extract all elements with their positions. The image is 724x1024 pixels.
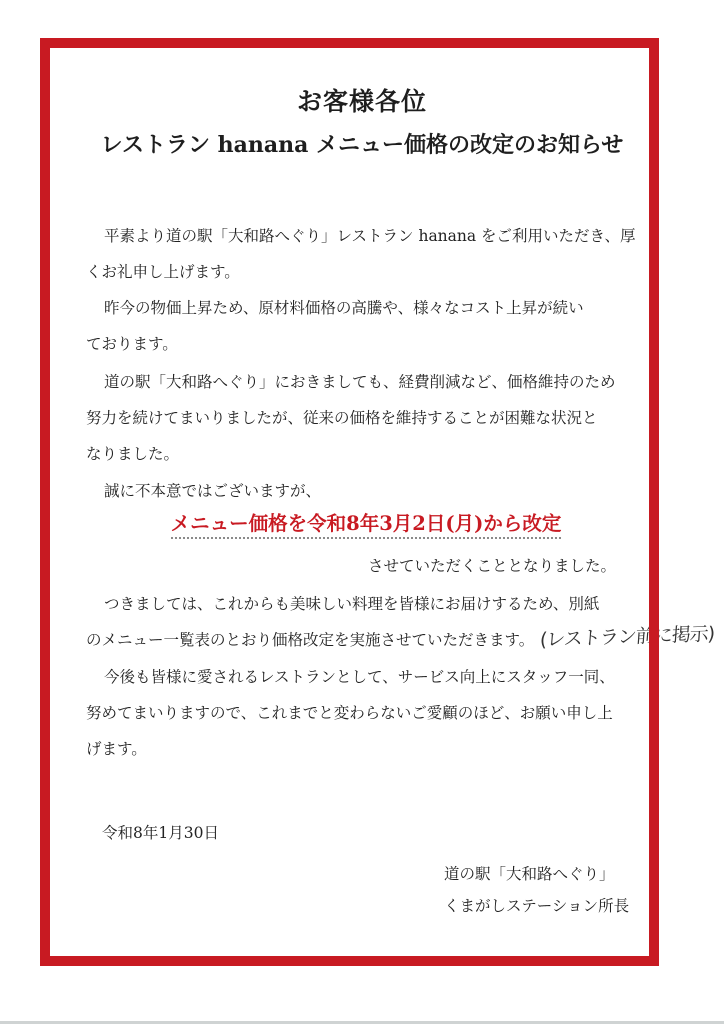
paragraph-6-line-2: 努めてまいりますので、これまでと変わらないご愛顧のほど、お願い申し上 — [86, 703, 613, 723]
paragraph-6-line-1: 今後も皆様に愛されるレストランとして、サービス向上にスタッフ一同、 — [104, 667, 615, 687]
paragraph-5-line-2: のメニュー一覧表のとおり価格改定を実施させていただきます。 — [86, 630, 534, 650]
paragraph-2-line-1: 昨今の物価上昇ため、原材料価格の高騰や、様々なコスト上昇が続い — [104, 298, 584, 318]
paragraph-1-line-2: くお礼申し上げます。 — [86, 262, 240, 282]
price-revision-highlight: メニュー価格を令和8年3月2日(月)から改定 — [0, 511, 724, 537]
paragraph-1-line-1: 平素より道の駅「大和路へぐり」レストラン hanana をご利用いただき、厚 — [104, 226, 635, 246]
signature-title: くまがしステーション所長 — [444, 896, 629, 916]
document-heading: お客様各位 — [0, 82, 724, 118]
handwritten-note: (レストラン前に掲示) — [539, 619, 715, 652]
price-revision-highlight-text: メニュー価格を令和8年3月2日(月)から改定 — [171, 512, 562, 539]
paragraph-5-line-1: つきましては、これからも美味しい料理を皆様にお届けするため、別紙 — [104, 594, 599, 614]
paragraph-2-line-2: ております。 — [86, 334, 178, 354]
highlight-continuation: させていただくこととなりました。 — [368, 556, 616, 576]
paragraph-6-line-3: げます。 — [86, 739, 147, 759]
issue-date: 令和8年1月30日 — [102, 823, 219, 843]
signature-organization: 道の駅「大和路へぐり」 — [444, 864, 615, 884]
paragraph-3-line-2: 努力を続けてまいりましたが、従来の価格を維持することが困難な状況と — [86, 408, 598, 428]
paragraph-3-line-1: 道の駅「大和路へぐり」におきましても、経費削減など、価格維持のため — [104, 372, 616, 392]
paragraph-3-line-3: なりました。 — [86, 444, 179, 464]
paragraph-4-line-1: 誠に不本意ではございますが、 — [104, 481, 321, 501]
document-subheading: レストラン hanana メニュー価格の改定のお知らせ — [0, 128, 724, 159]
